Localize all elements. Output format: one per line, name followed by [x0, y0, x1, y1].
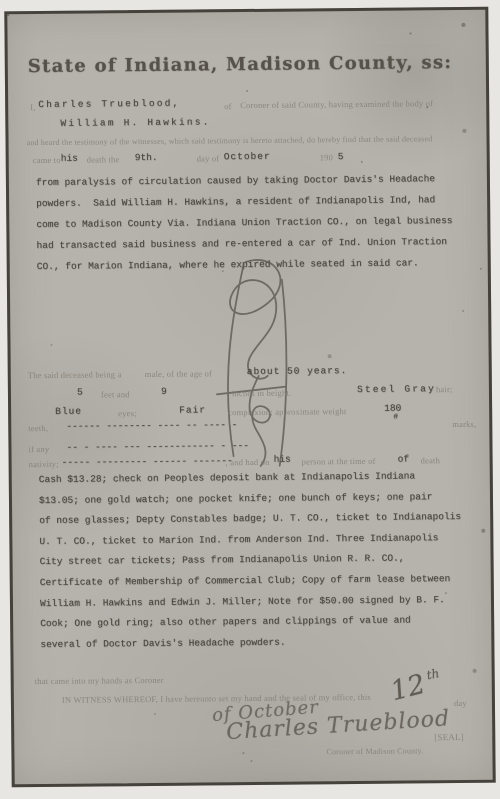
effects-line: Cook; One gold ring; also other papers a…: [40, 610, 462, 635]
day-suffix-handwritten: th: [425, 666, 440, 682]
feet-label: feet and: [101, 389, 130, 399]
if-any-label: if any: [28, 444, 49, 454]
paper-specks: [7, 14, 9, 16]
day-label: day: [454, 698, 467, 708]
his2-typed: his: [274, 454, 291, 465]
eyes-label: eyes;: [118, 408, 137, 418]
complexion-label: complexion; approximate weight: [228, 406, 346, 417]
death-the-label: death the: [87, 154, 120, 164]
came-to-label: came to: [33, 155, 61, 165]
of-label: of: [224, 101, 232, 111]
male-label: male, of the age of: [145, 368, 212, 379]
coroner-printed-line: Coroner of said County, having examined …: [240, 98, 433, 110]
nativity-label: nativity;: [29, 459, 59, 469]
deceased-name-typed: William H. Hawkins.: [60, 116, 210, 128]
witness-printed-line: IN WITNESS WHEREOF, I have hereunto set …: [62, 692, 371, 705]
coroner-certificate: State of Indiana, Madison County, ss: I,…: [4, 7, 495, 788]
marks-label: marks,: [452, 419, 476, 429]
hair-value-typed: Steel Gray: [357, 383, 436, 395]
day-of-label: day of: [197, 153, 220, 163]
hands-printed-line: that came into my hands as Coroner: [35, 675, 164, 686]
death-day-typed: 9th.: [135, 152, 158, 163]
feet-value-typed: 5: [77, 387, 83, 398]
coroner-name-typed: Charles Trueblood,: [38, 98, 180, 110]
year-typed: 5: [338, 151, 344, 162]
effects-line: several of Doctor Davis's Headache powde…: [40, 631, 462, 656]
teeth-label: teeth,: [28, 423, 48, 433]
death-month-typed: October: [224, 151, 271, 162]
person-label: person at the time of: [302, 456, 376, 467]
eyes-value-typed: Blue: [55, 406, 82, 417]
inches-value-typed: 9: [161, 386, 167, 397]
complexion-value-typed: Fair: [179, 404, 206, 415]
certificate-content: State of Indiana, Madison County, ss: I,…: [7, 10, 492, 785]
year-printed: 190: [320, 152, 333, 162]
document-title: State of Indiana, Madison County, ss:: [28, 52, 453, 77]
if-any-blank-typed: -- - ---- --- ------------ - ---: [66, 440, 249, 453]
effects-paragraph: Cash $13.28; check on Peoples deposit ba…: [39, 466, 463, 655]
coroner-title-printed: Coroner of Madison County.: [326, 746, 423, 756]
seal-label: [SEAL]: [434, 732, 464, 742]
document-photo: State of Indiana, Madison County, ss: I,…: [0, 0, 500, 799]
inches-label: inches in height.: [232, 388, 291, 399]
his-typed: his: [61, 153, 78, 164]
nativity-blank-typed: ----- --------- ------ -------: [62, 455, 233, 468]
hair-label: hair;: [436, 384, 453, 394]
being-a-label: The said deceased being a: [28, 369, 122, 380]
death-label: death: [421, 455, 441, 465]
had-on-label: , and had on: [226, 457, 270, 467]
testimony-printed-line: and heard the testimony of the witnesses…: [27, 134, 433, 147]
i-label: I,: [30, 102, 35, 112]
teeth-blank-typed: ------ -------- ---- -- ---- -: [66, 419, 237, 432]
of-typed: of: [398, 453, 410, 464]
weight-unit-typed: #: [393, 413, 398, 422]
day-value-handwritten: 12: [387, 669, 428, 708]
age-value-typed: about 50 years.: [247, 365, 348, 377]
